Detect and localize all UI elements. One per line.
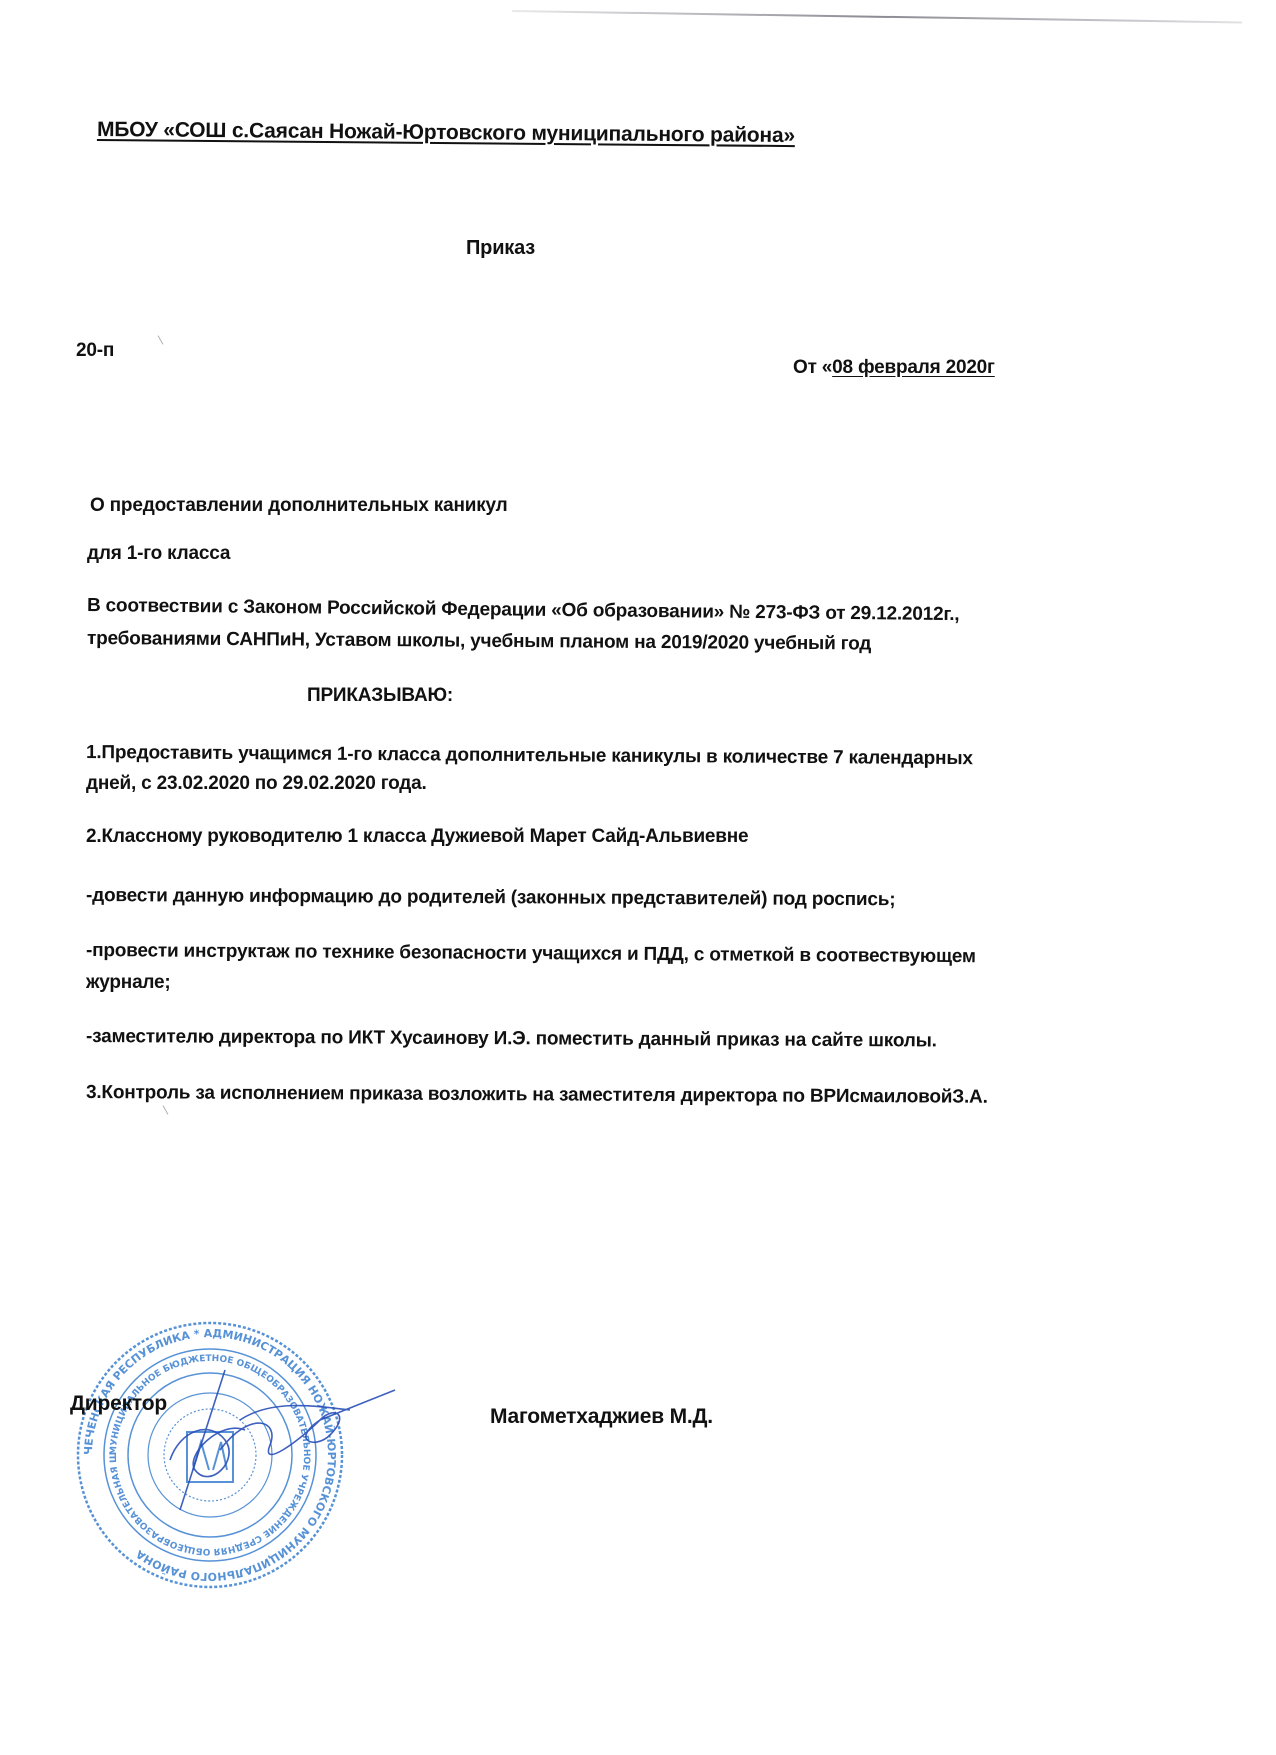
- basis-line-2: требованиями САНПиН, Уставом школы, учеб…: [87, 628, 871, 655]
- date-prefix: От «: [793, 357, 832, 378]
- document-title: Приказ: [466, 237, 535, 260]
- item-2-sub-c: -заместителю директора по ИКТ Хусаинову …: [86, 1026, 937, 1052]
- subject-line-1: О предоставлении дополнительных каникул: [90, 495, 508, 517]
- signature-scribble-icon: [150, 1360, 400, 1520]
- item-3: 3.Контроль за исполнением приказа возлож…: [86, 1082, 988, 1109]
- item-2-sub-b-line-1: -провести инструктаж по технике безопасн…: [86, 940, 976, 968]
- item-2-sub-b-line-2: журнале;: [86, 972, 171, 994]
- signatory-name: Магометхаджиев М.Д.: [490, 1405, 713, 1429]
- item-2: 2.Классному руководителю 1 класса Дужиев…: [86, 826, 748, 848]
- order-number: 20-п: [76, 340, 114, 362]
- item-1-line-2: дней, с 23.02.2020 по 29.02.2020 года.: [86, 773, 427, 795]
- item-2-sub-a: -довести данную информацию до родителей …: [86, 885, 896, 911]
- basis-line-1: В соотвествии с Законом Российской Федер…: [87, 595, 960, 626]
- scan-speck: [163, 1105, 169, 1114]
- order-word: ПРИКАЗЫВАЮ:: [307, 685, 453, 707]
- subject-line-2: для 1-го класса: [87, 543, 230, 565]
- organization-header: МБОУ «СОШ с.Саясан Ножай-Юртовского муни…: [97, 118, 795, 148]
- date-value: 08 февраля 2020г: [832, 357, 995, 378]
- scan-speck: [158, 335, 164, 344]
- order-date: От «08 февраля 2020г: [793, 357, 995, 379]
- scan-edge-line: [512, 10, 1242, 23]
- item-1-line-1: 1.Предоставить учащимся 1-го класса допо…: [86, 742, 973, 770]
